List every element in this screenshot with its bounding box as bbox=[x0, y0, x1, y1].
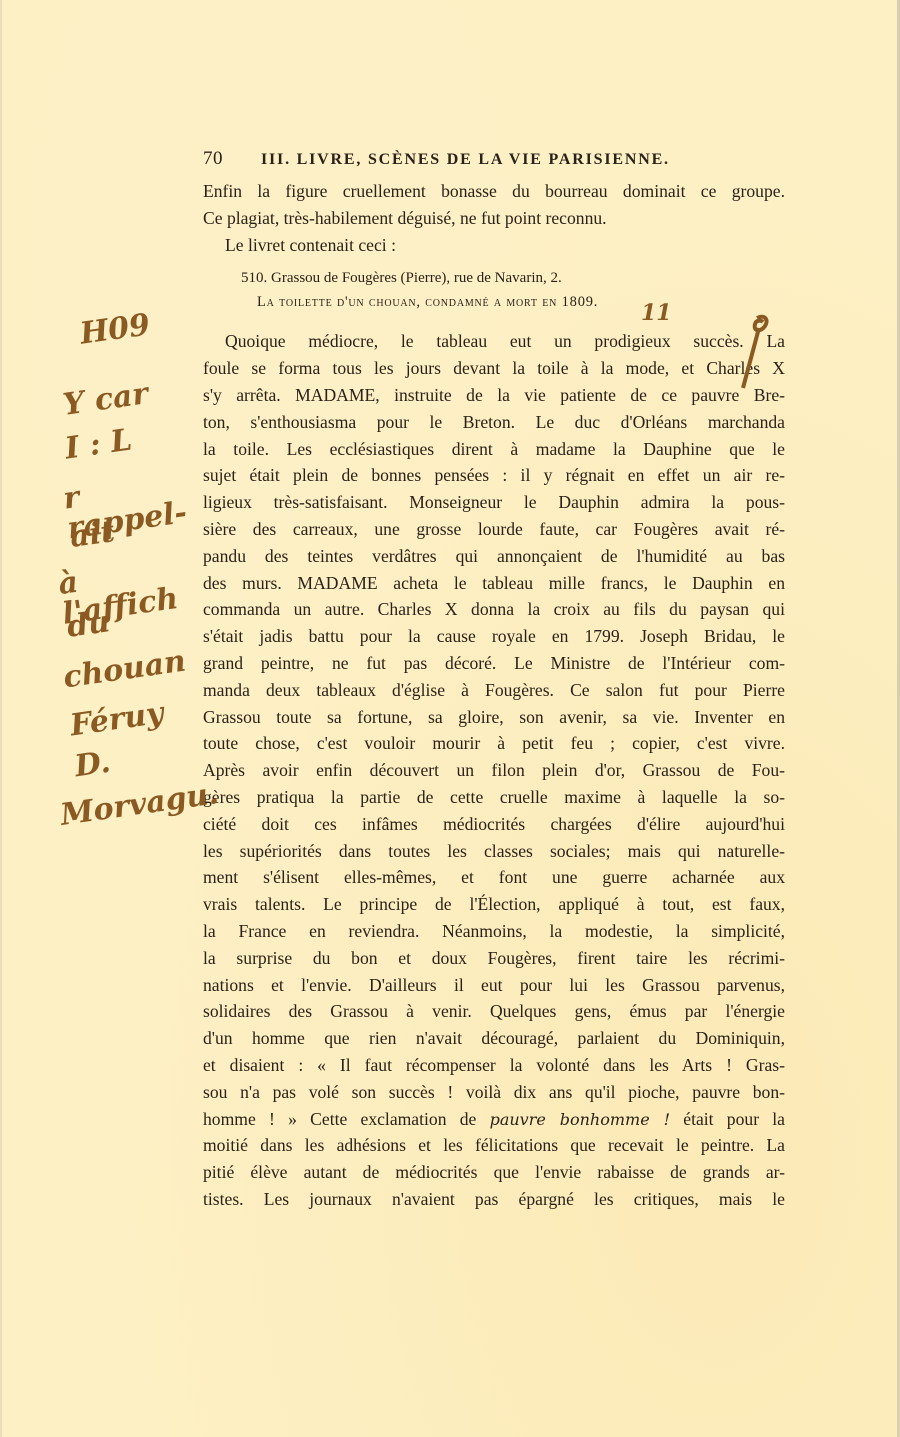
text-line: Ce plagiat, très-habilement déguisé, ne … bbox=[203, 205, 785, 232]
text-line: Quoique médiocre, le tableau eut un prod… bbox=[203, 328, 785, 355]
margin-note-word: H09 bbox=[78, 310, 152, 349]
text-line: Grassou toute sa fortune, sa gloire, son… bbox=[203, 704, 785, 731]
text-line: pandu des teintes verdâtres qui annonçai… bbox=[203, 543, 785, 570]
text-line: ciété doit ces infâmes médiocrités charg… bbox=[203, 811, 785, 838]
margin-note-word: chouan bbox=[62, 647, 188, 694]
margin-handwritten-note: H09 Y car I : L r rappel- ait à l'affich… bbox=[55, 310, 205, 870]
text-line: et disaient : « Il faut récompenser la v… bbox=[203, 1052, 785, 1079]
text-line: moitié dans les adhésions et les félicit… bbox=[203, 1132, 785, 1159]
margin-note-word: ait bbox=[68, 517, 116, 553]
text-line: sière des carreaux, une grosse lourde fa… bbox=[203, 516, 785, 543]
date-correction-annotation: 11 bbox=[641, 300, 672, 326]
exclamation-line: homme ! » Cette exclamation de pauvre bo… bbox=[203, 1106, 785, 1133]
body-paragraph: Quoique médiocre, le tableau eut un prod… bbox=[203, 328, 785, 1212]
margin-note-word: Morvagu. bbox=[59, 779, 221, 831]
intro-line: Le livret contenait ceci : bbox=[203, 232, 785, 259]
text-line: nations et l'envie. D'ailleurs il eut po… bbox=[203, 972, 785, 999]
margin-note-word: Y car bbox=[61, 379, 150, 421]
text-line: la France en reviendra. Néanmoins, la mo… bbox=[203, 918, 785, 945]
text-line: tistes. Les journaux n'avaient pas éparg… bbox=[203, 1186, 785, 1213]
text-line: d'un homme que rien n'avait découragé, p… bbox=[203, 1025, 785, 1052]
printed-text-block: 70 III. LIVRE, SCÈNES DE LA VIE PARISIEN… bbox=[203, 148, 785, 1213]
insertion-mark-icon bbox=[735, 312, 775, 392]
text-line: vrais talents. Le principe de l'Élection… bbox=[203, 891, 785, 918]
text-line: s'était jadis battu pour la cause royale… bbox=[203, 623, 785, 650]
text-segment: homme ! » Cette exclamation de bbox=[203, 1109, 490, 1129]
text-line: grand peintre, ne fut pas décoré. Le Min… bbox=[203, 650, 785, 677]
margin-note-word: Féruy bbox=[68, 699, 165, 742]
text-line: ment s'élisent elles-mêmes, et font une … bbox=[203, 864, 785, 891]
text-line: toute chose, c'est vouloir mourir à peti… bbox=[203, 730, 785, 757]
page-number: 70 bbox=[203, 148, 261, 170]
page-edge-left bbox=[0, 0, 2, 1437]
margin-note-word: D. bbox=[73, 748, 112, 783]
text-line: pitié élève autant de médiocrités que l'… bbox=[203, 1159, 785, 1186]
text-line: Enfin la figure cruellement bonasse du b… bbox=[203, 178, 785, 205]
text-segment: était pour la bbox=[670, 1109, 785, 1129]
running-head: 70 III. LIVRE, SCÈNES DE LA VIE PARISIEN… bbox=[203, 148, 785, 178]
text-line: ton, s'enthousiasma pour le Breton. Le d… bbox=[203, 409, 785, 436]
text-line: solidaires des Grassou à venir. Quelques… bbox=[203, 998, 785, 1025]
text-line: manda deux tableaux d'église à Fougères.… bbox=[203, 677, 785, 704]
text-line: la toile. Les ecclésiastiques dirent à m… bbox=[203, 436, 785, 463]
text-line: sujet était plein de bonnes pensées : il… bbox=[203, 462, 785, 489]
text-line: les supériorités dans toutes les classes… bbox=[203, 838, 785, 865]
text-line: commanda un autre. Charles X donna la cr… bbox=[203, 596, 785, 623]
margin-note-word: I : L bbox=[63, 425, 134, 464]
catalogue-entry-title: La toilette d'un chouan, condamné a mort… bbox=[203, 290, 785, 314]
text-line: foule se forma tous les jours devant la … bbox=[203, 355, 785, 382]
text-line: gères pratiqua la partie de cette cruell… bbox=[203, 784, 785, 811]
text-line: des murs. MADAME acheta le tableau mille… bbox=[203, 570, 785, 597]
text-line: Après avoir enfin découvert un filon ple… bbox=[203, 757, 785, 784]
italic-phrase: pauvre bonhomme ! bbox=[490, 1110, 670, 1129]
catalogue-entry-line1: 510. Grassou de Fougères (Pierre), rue d… bbox=[203, 266, 785, 290]
text-line: s'y arrêta. MADAME, instruite de la vie … bbox=[203, 382, 785, 409]
text-line: sou n'a pas volé son succès ! voilà dix … bbox=[203, 1079, 785, 1106]
text-line: ligieux très-satisfaisant. Monseigneur l… bbox=[203, 489, 785, 516]
margin-note-word: du bbox=[65, 607, 112, 643]
running-head-title: III. LIVRE, SCÈNES DE LA VIE PARISIENNE. bbox=[261, 151, 670, 169]
text-line: la surprise du bon et doux Fougères, fir… bbox=[203, 945, 785, 972]
